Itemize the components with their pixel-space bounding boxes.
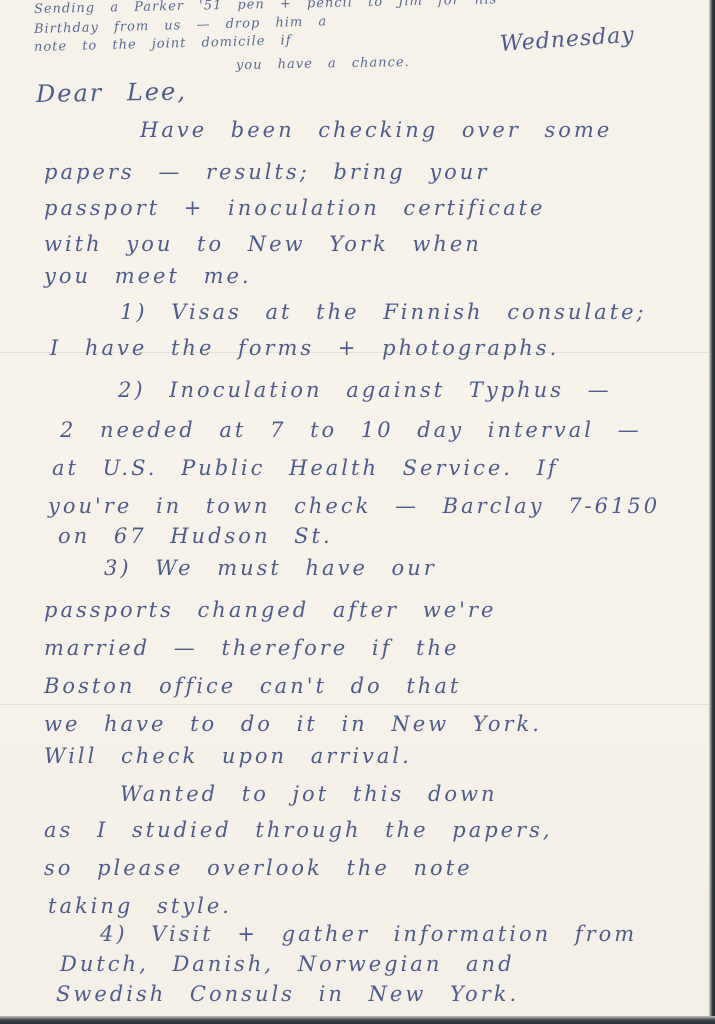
paper-fold-line	[0, 704, 709, 705]
postscript-line: note to the joint domicile if	[34, 33, 292, 55]
letter-line: Dutch, Danish, Norwegian and	[60, 952, 515, 976]
postscript-date: Wednesday	[499, 23, 635, 57]
letter-page: Sending a Parker '51 pen + pencil to Jim…	[0, 0, 709, 1016]
letter-line: you're in town check — Barclay 7-6150	[48, 494, 660, 518]
letter-line: taking style.	[48, 894, 232, 918]
letter-line: 2) Inoculation against Typhus —	[118, 378, 612, 402]
letter-line: 1) Visas at the Finnish consulate;	[120, 300, 647, 324]
letter-line: 2 needed at 7 to 10 day interval —	[60, 418, 642, 442]
letter-line: you meet me.	[44, 264, 252, 288]
letter-line: as I studied through the papers,	[44, 818, 553, 842]
salutation: Dear Lee,	[36, 77, 187, 108]
letter-line: on 67 Hudson St.	[58, 524, 333, 548]
letter-line: married — therefore if the	[44, 636, 459, 660]
letter-line: Swedish Consuls in New York.	[56, 982, 519, 1006]
postscript-line: you have a chance.	[236, 55, 410, 73]
letter-line: with you to New York when	[44, 232, 482, 256]
letter-line: 4) Visit + gather information from	[100, 922, 637, 946]
letter-line: Have been checking over some	[140, 118, 612, 142]
letter-line: Boston office can't do that	[44, 674, 461, 698]
letter-line: we have to do it in New York.	[44, 712, 542, 736]
letter-line: 3) We must have our	[104, 556, 437, 580]
postscript-line: Sending a Parker '51 pen + pencil to Jim…	[34, 0, 498, 17]
letter-line: Will check upon arrival.	[44, 744, 412, 768]
scan-edge-bottom	[0, 1016, 715, 1024]
letter-line: so please overlook the note	[44, 856, 473, 880]
letter-line: passport + inoculation certificate	[44, 196, 545, 220]
letter-line: papers — results; bring your	[44, 160, 489, 184]
letter-line: passports changed after we're	[44, 598, 496, 622]
letter-line: I have the forms + photographs.	[50, 336, 559, 360]
letter-line: at U.S. Public Health Service. If	[52, 456, 559, 480]
letter-line: Wanted to jot this down	[120, 782, 498, 806]
scan-edge-right	[709, 0, 715, 1024]
